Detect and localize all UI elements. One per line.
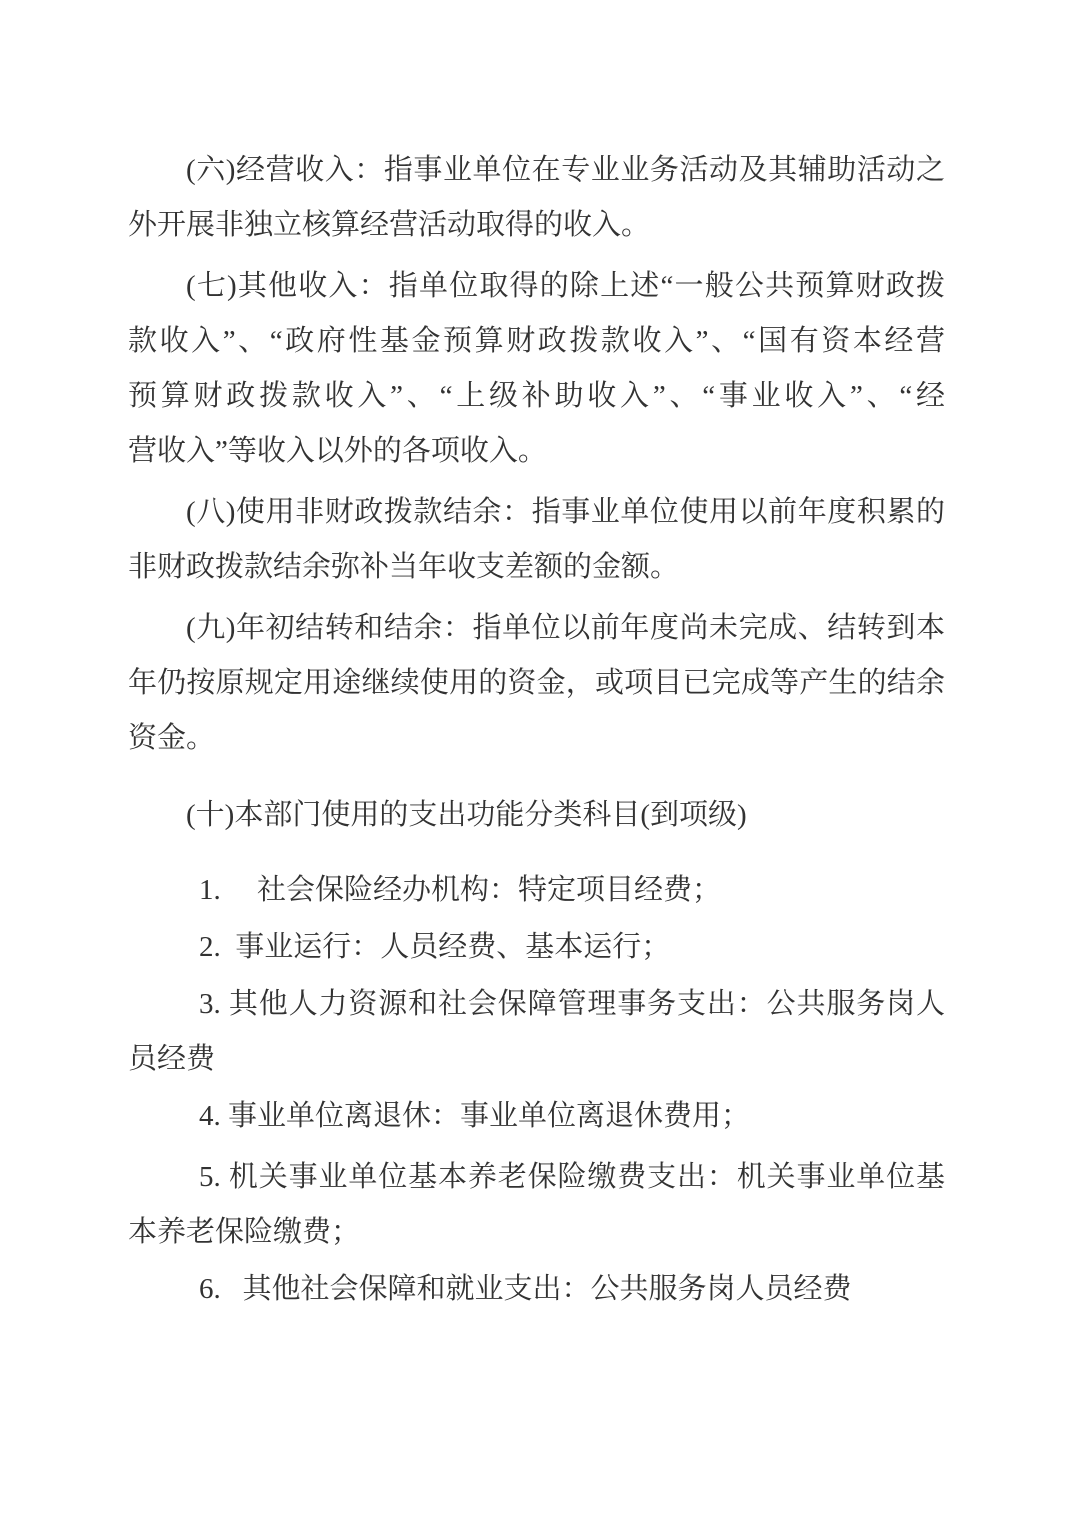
text-line: 资金。 bbox=[128, 711, 945, 766]
text-line: (九)年初结转和结余：指单位以前年度尚未完成、结转到本 bbox=[128, 601, 945, 656]
list-item-2-institution-operation: 2. 事业运行：人员经费、基本运行； bbox=[128, 920, 945, 975]
para-8-non-fiscal-carryover: (八)使用非财政拨款结余：指事业单位使用以前年度积累的非财政拨款结余弥补当年收支… bbox=[128, 485, 945, 595]
list-item-5-basic-pension-contribution: 5. 机关事业单位基本养老保险缴费支出：机关事业单位基本养老保险缴费； bbox=[128, 1150, 945, 1260]
list-item-4-institution-retirement: 4. 事业单位离退休：事业单位离退休费用； bbox=[128, 1089, 945, 1144]
text-line: 员经费 bbox=[128, 1032, 945, 1087]
document-body: (六)经营收入：指事业单位在专业业务活动及其辅助活动之外开展非独立核算经营活动取… bbox=[0, 0, 1075, 1317]
list-item-1-social-insurance-agency: 1. 社会保险经办机构：特定项目经费； bbox=[128, 863, 945, 918]
text-line: 营收入”等收入以外的各项收入。 bbox=[128, 424, 945, 479]
text-line: 预算财政拨款收入”、“上级补助收入”、“事业收入”、“经 bbox=[128, 369, 945, 424]
para-9-year-begin-carryover: (九)年初结转和结余：指单位以前年度尚未完成、结转到本年仍按原规定用途继续使用的… bbox=[128, 601, 945, 766]
para-6-operating-income: (六)经营收入：指事业单位在专业业务活动及其辅助活动之外开展非独立核算经营活动取… bbox=[128, 143, 945, 253]
text-line: 外开展非独立核算经营活动取得的收入。 bbox=[128, 198, 945, 253]
para-7-other-income: (七)其他收入：指单位取得的除上述“一般公共预算财政拨款收入”、“政府性基金预算… bbox=[128, 259, 945, 479]
text-line: 2. 事业运行：人员经费、基本运行； bbox=[128, 920, 945, 975]
text-line: (十)本部门使用的支出功能分类科目(到项级) bbox=[128, 788, 945, 843]
text-line: (六)经营收入：指事业单位在专业业务活动及其辅助活动之 bbox=[128, 143, 945, 198]
text-line: 年仍按原规定用途继续使用的资金，或项目已完成等产生的结余 bbox=[128, 656, 945, 711]
para-10-expenditure-classification-heading: (十)本部门使用的支出功能分类科目(到项级) bbox=[128, 788, 945, 843]
text-line: 4. 事业单位离退休：事业单位离退休费用； bbox=[128, 1089, 945, 1144]
text-line: 3. 其他人力资源和社会保障管理事务支出：公共服务岗人 bbox=[128, 977, 945, 1032]
text-line: 1. 社会保险经办机构：特定项目经费； bbox=[128, 863, 945, 918]
text-line: 款收入”、“政府性基金预算财政拨款收入”、“国有资本经营 bbox=[128, 314, 945, 369]
list-item-6-other-social-security-employment: 6. 其他社会保障和就业支出：公共服务岗人员经费 bbox=[128, 1262, 945, 1317]
text-line: (七)其他收入：指单位取得的除上述“一般公共预算财政拨 bbox=[128, 259, 945, 314]
text-line: 非财政拨款结余弥补当年收支差额的金额。 bbox=[128, 540, 945, 595]
text-line: 本养老保险缴费； bbox=[128, 1205, 945, 1260]
list-item-3-other-hr-social-security: 3. 其他人力资源和社会保障管理事务支出：公共服务岗人员经费 bbox=[128, 977, 945, 1087]
text-line: 5. 机关事业单位基本养老保险缴费支出：机关事业单位基 bbox=[128, 1150, 945, 1205]
text-line: 6. 其他社会保障和就业支出：公共服务岗人员经费 bbox=[128, 1262, 945, 1317]
text-line: (八)使用非财政拨款结余：指事业单位使用以前年度积累的 bbox=[128, 485, 945, 540]
document-page: (六)经营收入：指事业单位在专业业务活动及其辅助活动之外开展非独立核算经营活动取… bbox=[0, 0, 1075, 1520]
